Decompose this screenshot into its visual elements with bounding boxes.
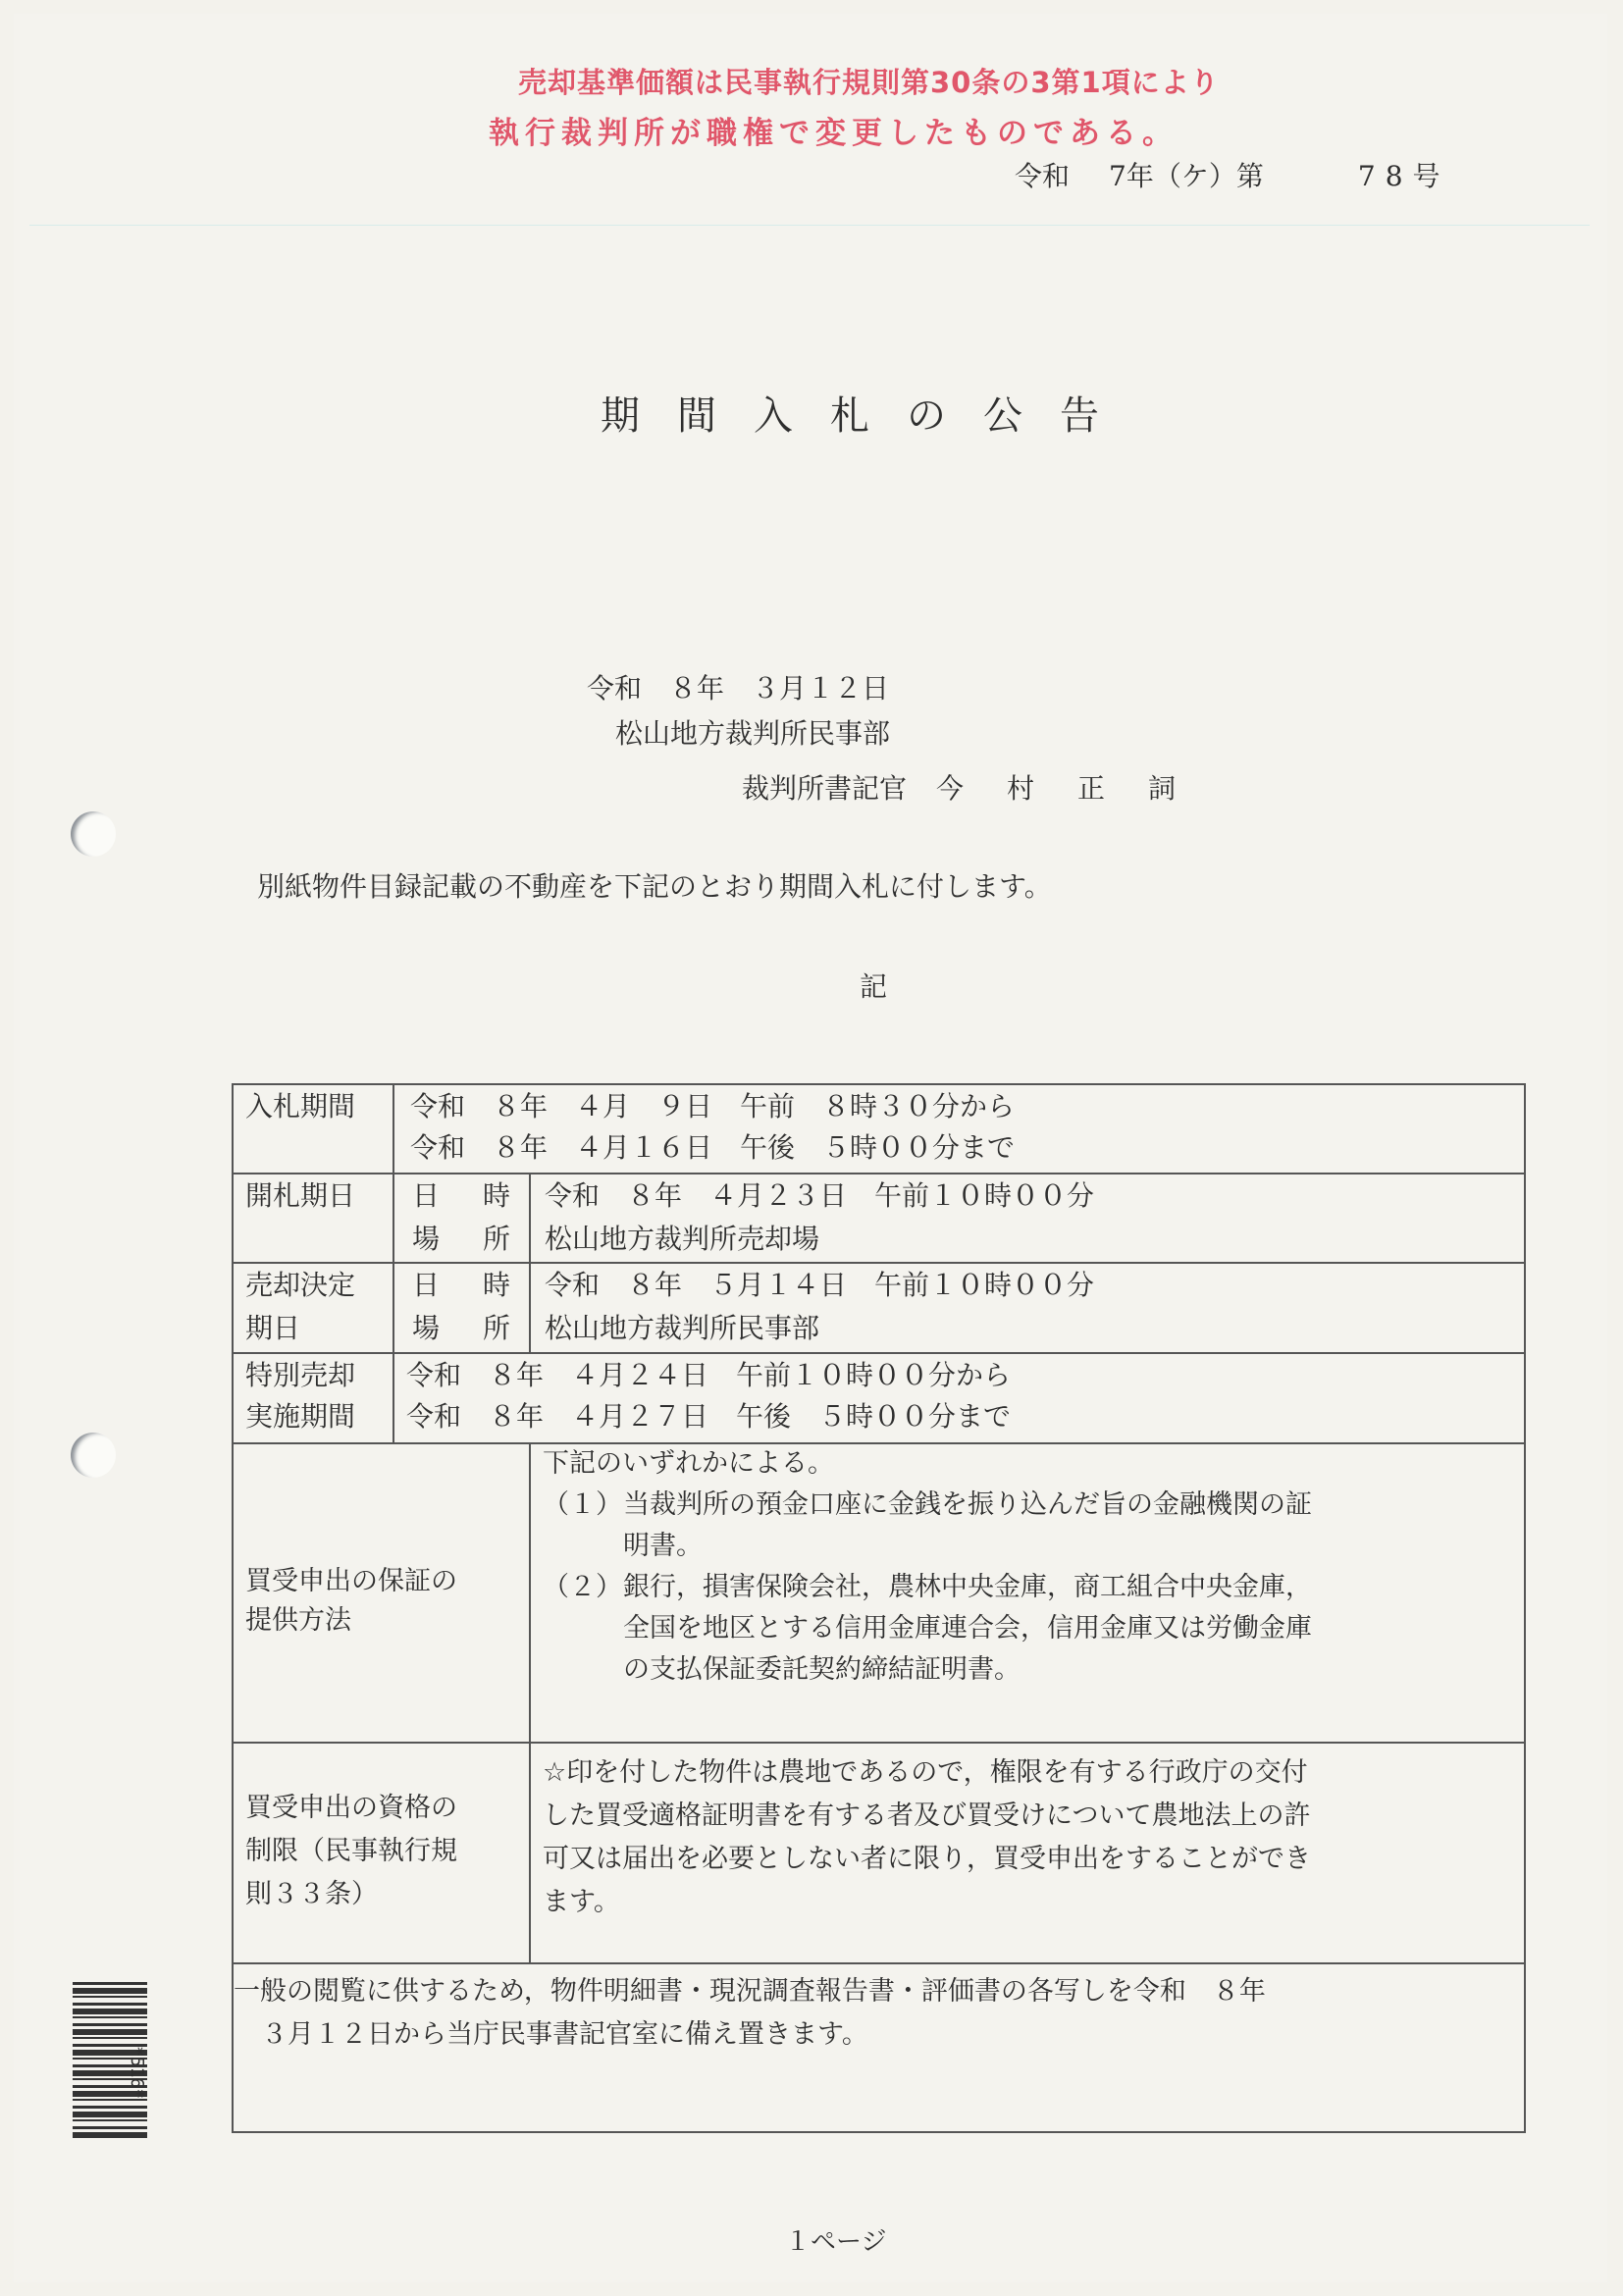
label-qualification-2: 制限（民事執行規 [245,1832,457,1871]
label-datetime: 日 時 [412,1266,518,1305]
label-guarantee-1: 買受申出の保証の [245,1562,457,1601]
case-no: 78号 [1358,155,1450,194]
clerk-name: 今 村 正 詞 [936,772,1183,805]
qualification-line3: 可又は届出を必要としない者に限り，買受申出をすることができ [543,1840,1311,1879]
label-qualification-3: 則３３条） [245,1875,378,1914]
inspection-line2: ３月１２日から当庁民事書記官室に備え置きます。 [261,2015,868,2055]
guarantee-item2-line3: の支払保証委託契約締結証明書。 [623,1650,1021,1690]
case-number: 令和7年（ケ）第78号 [1015,155,1450,194]
guarantee-item2-line2: 全国を地区とする信用金庫連合会，信用金庫又は労働金庫 [623,1609,1312,1648]
intro-text: 別紙物件目録記載の不動産を下記のとおり期間入札に付します。 [257,865,1052,905]
row-opening: 開札期日 日 時 場 所 令和 ８年 ４月２３日 午前１０時００分 松山地方裁判… [234,1174,1524,1264]
guarantee-item1-no: （１） [543,1486,622,1525]
row-sale-decision: 売却決定 期日 日 時 場 所 令和 ８年 ５月１４日 午前１０時００分 松山地… [234,1264,1524,1354]
scan-line [29,225,1590,226]
case-dai: 第 [1236,155,1264,194]
row-guarantee: 買受申出の保証の 提供方法 下記のいずれかによる。 （１） 当裁判所の預金口座に… [234,1444,1524,1744]
bid-period-to: 令和 ８年 ４月１６日 午後 ５時００分まで [410,1128,1015,1168]
case-type: （ケ） [1154,155,1236,194]
court-name: 松山地方裁判所民事部 [615,712,890,752]
label-guarantee-2: 提供方法 [245,1601,351,1641]
punch-hole [71,811,116,857]
label-special-sale-2: 実施期間 [245,1397,355,1436]
barcode-label: *516* [127,2046,147,2099]
label-opening: 開札期日 [245,1176,355,1216]
page-title: 期間入札の公告 [601,385,1136,441]
opening-place: 松山地方裁判所売却場 [545,1220,819,1259]
special-sale-from: 令和 ８年 ４月２４日 午前１０時００分から [406,1356,1011,1395]
sale-decision-place: 松山地方裁判所民事部 [545,1309,819,1348]
case-year: 7年 [1109,155,1154,194]
label-sale-decision-1: 売却決定 [245,1266,355,1305]
label-special-sale-1: 特別売却 [245,1356,355,1395]
label-datetime: 日 時 [412,1176,518,1216]
row-special-sale: 特別売却 実施期間 令和 ８年 ４月２４日 午前１０時００分から 令和 ８年 ４… [234,1354,1524,1444]
sale-decision-datetime: 令和 ８年 ５月１４日 午前１０時００分 [545,1266,1094,1305]
qualification-line2: した買受適格証明書を有する者及び買受けについて農地法上の許 [543,1797,1310,1836]
correction-stamp-line1: 売却基準価額は民事執行規則第30条の3第1項により [518,61,1220,101]
clerk: 裁判所書記官今 村 正 詞 [742,767,1183,807]
punch-hole [71,1433,116,1478]
row-qualification: 買受申出の資格の 制限（民事執行規 則３３条） ☆印を付した物件は農地であるので… [234,1744,1524,1964]
case-era: 令和 [1015,155,1070,194]
issue-date: 令和 ８年 ３月１２日 [587,667,889,706]
row-bid-period: 入札期間 令和 ８年 ４月 ９日 午前 ８時３０分から 令和 ８年 ４月１６日 … [234,1085,1524,1174]
ki-heading: 記 [860,965,887,1005]
guarantee-item2-line1: 銀行，損害保険会社，農林中央金庫，商工組合中央金庫， [623,1568,1312,1607]
guarantee-item1-line2: 明書。 [623,1527,703,1566]
inspection-line1: 一般の閲覧に供するため，物件明細書・現況調査報告書・評価書の各写しを令和 ８年 [234,1972,1266,2011]
guarantee-item2-no: （２） [543,1568,622,1607]
label-sale-decision-2: 期日 [245,1309,300,1348]
guarantee-lead: 下記のいずれかによる。 [543,1444,834,1484]
label-bid-period: 入札期間 [245,1087,355,1126]
label-place: 場 所 [412,1309,518,1348]
qualification-line1: ☆印を付した物件は農地であるので，権限を有する行政庁の交付 [543,1753,1308,1793]
correction-stamp-line2: 執行裁判所が職権で変更したものである。 [489,108,1178,152]
bid-period-from: 令和 ８年 ４月 ９日 午前 ８時３０分から [410,1087,1015,1126]
clerk-title: 裁判所書記官 [742,772,907,805]
label-place: 場 所 [412,1220,518,1259]
guarantee-item1-line1: 当裁判所の預金口座に金銭を振り込んだ旨の金融機関の証 [623,1486,1312,1525]
notice-table: 入札期間 令和 ８年 ４月 ９日 午前 ８時３０分から 令和 ８年 ４月１６日 … [232,1083,1526,2133]
opening-datetime: 令和 ８年 ４月２３日 午前１０時００分 [545,1176,1094,1216]
page-number: １ページ [785,2221,886,2258]
qualification-line4: ます。 [543,1883,620,1922]
label-qualification-1: 買受申出の資格の [245,1789,457,1828]
row-inspection: 一般の閲覧に供するため，物件明細書・現況調査報告書・評価書の各写しを令和 ８年 … [234,1964,1524,2131]
special-sale-to: 令和 ８年 ４月２７日 午後 ５時００分まで [406,1397,1011,1436]
